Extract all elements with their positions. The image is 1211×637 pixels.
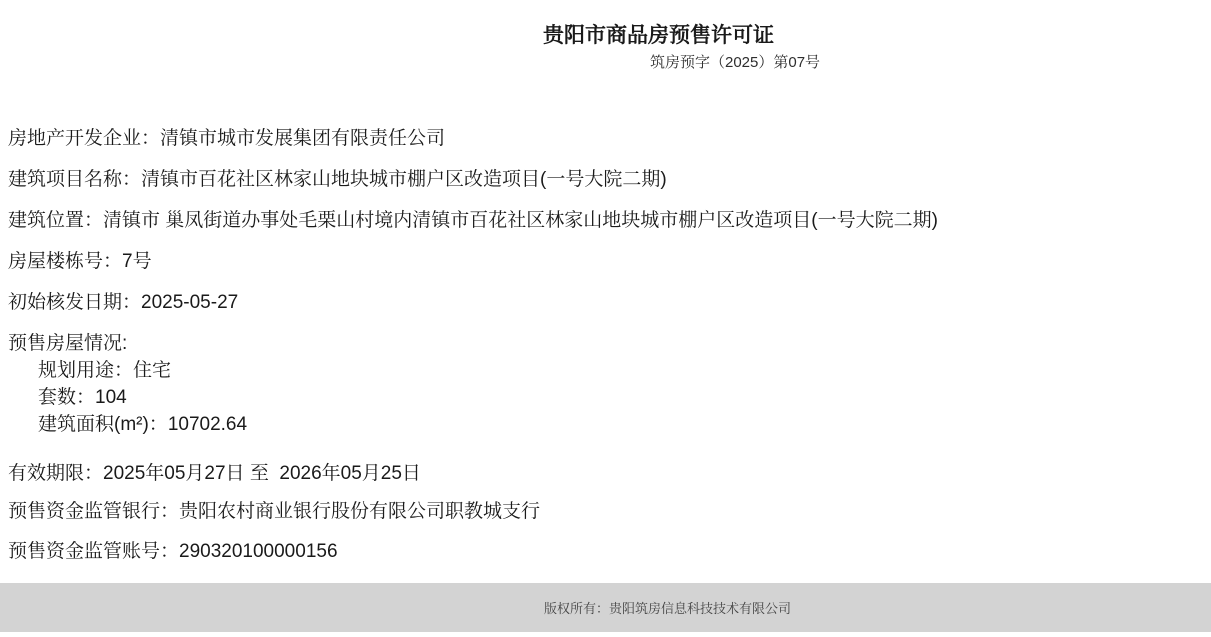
field-developer-value: 清镇市城市发展集团有限责任公司 bbox=[160, 128, 445, 149]
field-escrow-bank-label: 预售资金监管银行： bbox=[8, 501, 179, 522]
field-escrow-bank-value: 贵阳农村商业银行股份有限公司职教城支行 bbox=[179, 501, 540, 522]
field-building-number-value: 7号 bbox=[122, 251, 152, 272]
footer-copyright: 版权所有：贵阳筑房信息科技技术有限公司 bbox=[0, 583, 1211, 632]
field-escrow-bank-row: 预售资金监管银行：贵阳农村商业银行股份有限公司职教城支行 bbox=[8, 500, 1206, 523]
field-project-name-value: 清镇市百花社区林家山地块城市棚户区改造项目(一号大院二期) bbox=[141, 169, 667, 190]
field-escrow-account-value: 290320100000156 bbox=[179, 541, 338, 562]
field-validity-period-value: 2025年05月27日 至 2026年05月25日 bbox=[103, 463, 421, 484]
field-location-row: 建筑位置：清镇市 巢凤街道办事处毛栗山村境内清镇市百花社区林家山地块城市棚户区改… bbox=[8, 209, 1206, 232]
field-unit-count-value: 104 bbox=[95, 387, 127, 408]
permit-details: 房地产开发企业：清镇市城市发展集团有限责任公司 建筑项目名称：清镇市百花社区林家… bbox=[8, 127, 1206, 563]
presale-info-heading: 预售房屋情况: bbox=[8, 332, 1206, 355]
field-planned-use-value: 住宅 bbox=[133, 360, 171, 381]
field-floor-area-row: 建筑面积(m²)：10702.64 bbox=[38, 413, 1206, 436]
field-escrow-account-row: 预售资金监管账号：290320100000156 bbox=[8, 540, 1206, 563]
field-building-number-row: 房屋楼栋号：7号 bbox=[8, 250, 1206, 273]
license-number: 筑房预字（2025）第07号 bbox=[650, 54, 820, 72]
page-title: 贵阳市商品房预售许可证 bbox=[543, 24, 774, 48]
field-location-label: 建筑位置： bbox=[8, 210, 103, 231]
field-validity-period-row: 有效期限：2025年05月27日 至 2026年05月25日 bbox=[8, 462, 1206, 485]
field-building-number-label: 房屋楼栋号： bbox=[8, 251, 122, 272]
field-unit-count-label: 套数： bbox=[38, 387, 95, 408]
field-unit-count-row: 套数：104 bbox=[38, 386, 1206, 409]
field-escrow-account-label: 预售资金监管账号： bbox=[8, 541, 179, 562]
field-project-name-label: 建筑项目名称： bbox=[8, 169, 141, 190]
field-initial-issue-date-value: 2025-05-27 bbox=[141, 292, 238, 313]
field-floor-area-value: 10702.64 bbox=[168, 414, 247, 435]
field-developer-row: 房地产开发企业：清镇市城市发展集团有限责任公司 bbox=[8, 127, 1206, 150]
footer-bar: 版权所有：贵阳筑房信息科技技术有限公司 bbox=[0, 583, 1211, 632]
field-initial-issue-date-row: 初始核发日期：2025-05-27 bbox=[8, 291, 1206, 314]
field-location-value: 清镇市 巢凤街道办事处毛栗山村境内清镇市百花社区林家山地块城市棚户区改造项目(一… bbox=[103, 210, 938, 231]
field-floor-area-label: 建筑面积(m²)： bbox=[38, 414, 168, 435]
field-planned-use-label: 规划用途： bbox=[38, 360, 133, 381]
field-project-name-row: 建筑项目名称：清镇市百花社区林家山地块城市棚户区改造项目(一号大院二期) bbox=[8, 168, 1206, 191]
field-developer-label: 房地产开发企业： bbox=[8, 128, 160, 149]
field-initial-issue-date-label: 初始核发日期： bbox=[8, 292, 141, 313]
field-planned-use-row: 规划用途：住宅 bbox=[38, 359, 1206, 382]
field-validity-period-label: 有效期限： bbox=[8, 463, 103, 484]
